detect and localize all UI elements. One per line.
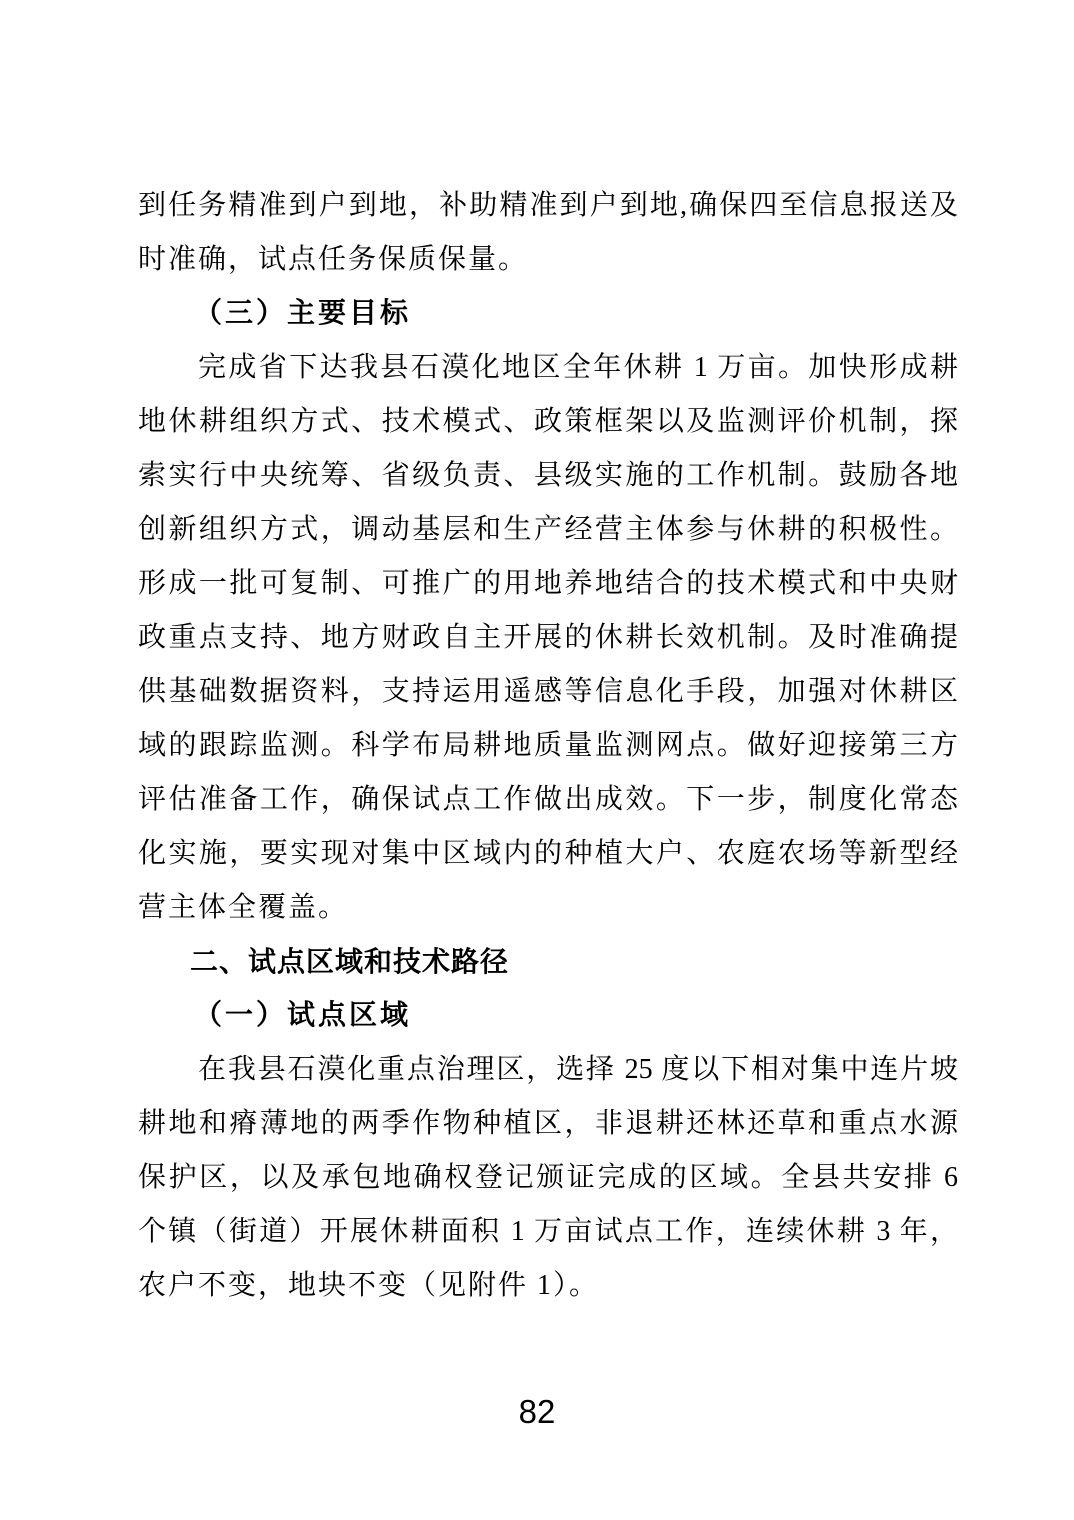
subsection-heading-main-goals: （三）主要目标 (138, 287, 958, 341)
text-line: 个镇（街道）开展休耕面积 1 万亩试点工作，连续休耕 3 年， (138, 1205, 958, 1259)
text-line: 索实行中央统筹、省级负责、县级实施的工作机制。鼓励各地 (138, 449, 958, 503)
document-body: 到任务精准到户到地，补助精准到户到地,确保四至信息报送及 时准确，试点任务保质保… (138, 179, 958, 1313)
subsection-heading-pilot-area: （一）试点区域 (138, 989, 958, 1043)
section-heading-pilot-area-and-technical-path: 二、试点区域和技术路径 (138, 935, 958, 989)
text-line: 地休耕组织方式、技术模式、政策框架以及监测评价机制，探 (138, 395, 958, 449)
text-line: 完成省下达我县石漠化地区全年休耕 1 万亩。加快形成耕 (138, 341, 958, 395)
text-line: 评估准备工作，确保试点工作做出成效。下一步，制度化常态 (138, 773, 958, 827)
text-line: 形成一批可复制、可推广的用地养地结合的技术模式和中央财 (138, 557, 958, 611)
text-line: 供基础数据资料，支持运用遥感等信息化手段，加强对休耕区 (138, 665, 958, 719)
page-number: 82 (0, 1394, 1074, 1430)
text-line: 在我县石漠化重点治理区，选择 25 度以下相对集中连片坡 (138, 1043, 958, 1097)
text-line: 营主体全覆盖。 (138, 881, 958, 935)
text-line: 到任务精准到户到地，补助精准到户到地,确保四至信息报送及 (138, 179, 958, 233)
text-line: 保护区，以及承包地确权登记颁证完成的区域。全县共安排 6 (138, 1151, 958, 1205)
text-line: 耕地和瘠薄地的两季作物种植区，非退耕还林还草和重点水源 (138, 1097, 958, 1151)
text-line: 创新组织方式，调动基层和生产经营主体参与休耕的积极性。 (138, 503, 958, 557)
document-page: 到任务精准到户到地，补助精准到户到地,确保四至信息报送及 时准确，试点任务保质保… (0, 0, 1074, 1520)
text-line: 政重点支持、地方财政自主开展的休耕长效机制。及时准确提 (138, 611, 958, 665)
text-line: 域的跟踪监测。科学布局耕地质量监测网点。做好迎接第三方 (138, 719, 958, 773)
text-line: 化实施，要实现对集中区域内的种植大户、农庭农场等新型经 (138, 827, 958, 881)
text-line: 农户不变，地块不变（见附件 1）。 (138, 1259, 958, 1313)
text-line: 时准确，试点任务保质保量。 (138, 233, 958, 287)
